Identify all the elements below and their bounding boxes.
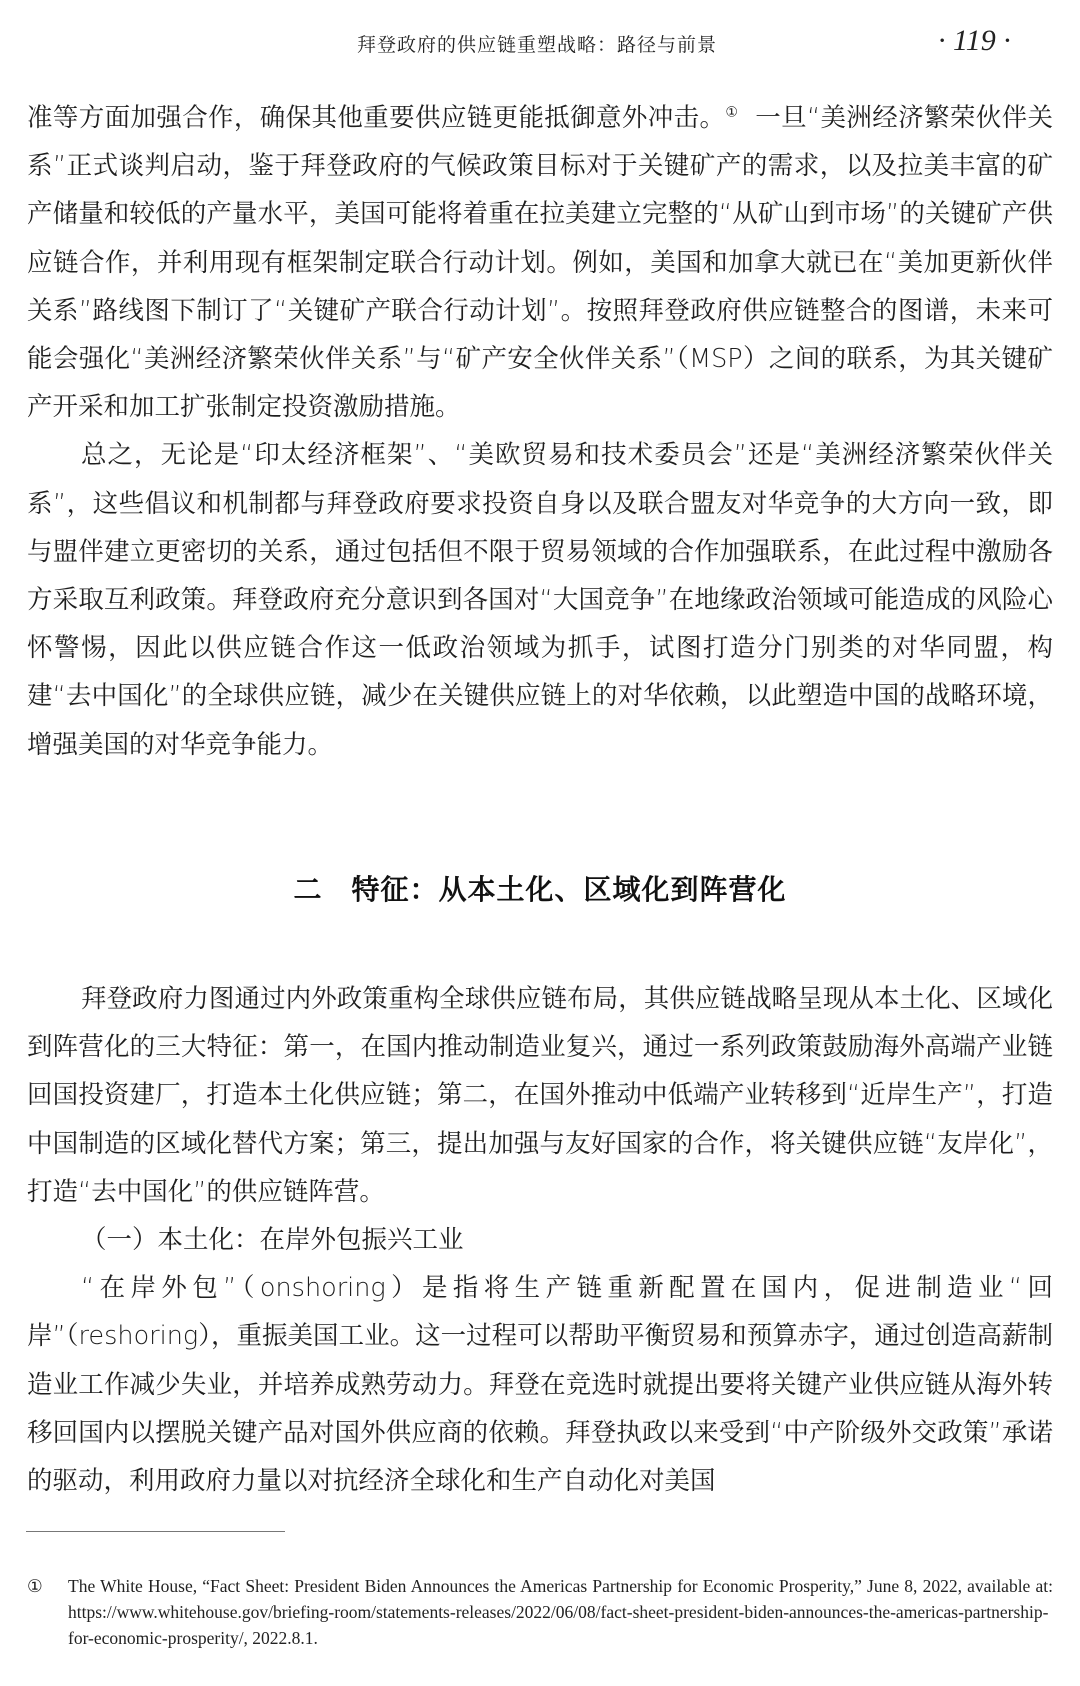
paragraph: 准等方面加强合作，确保其他重要供应链更能抵御意外冲击。① 一旦“美洲经济繁荣伙伴… xyxy=(27,94,1053,431)
paragraph: 总之，无论是“印太经济框架”、“美欧贸易和技术委员会”还是“美洲经济繁荣伙伴关系… xyxy=(27,431,1053,768)
paragraph: “在岸外包”（onshoring）是指将生产链重新配置在国内，促进制造业“回岸”… xyxy=(27,1264,1053,1505)
footnote-divider xyxy=(26,1531,285,1532)
footnote-ref[interactable]: ① xyxy=(725,105,738,121)
subsection-heading: （一）本土化：在岸外包振兴工业 xyxy=(27,1216,1053,1264)
footnote-mark: ① xyxy=(27,1573,43,1599)
section-1-body: 准等方面加强合作，确保其他重要供应链更能抵御意外冲击。① 一旦“美洲经济繁荣伙伴… xyxy=(27,94,1053,769)
paragraph: 拜登政府力图通过内外政策重构全球供应链布局，其供应链战略呈现从本土化、区域化到阵… xyxy=(27,975,1053,1216)
page-header: 拜登政府的供应链重塑战略：路径与前景 · 119 · xyxy=(0,26,1080,66)
footnote-text: The White House, “Fact Sheet: President … xyxy=(68,1573,1053,1651)
footnote: ① The White House, “Fact Sheet: Presiden… xyxy=(27,1573,1053,1651)
section-heading: 二 特征：从本土化、区域化到阵营化 xyxy=(0,868,1080,908)
page-number: · 119 · xyxy=(938,24,1011,58)
running-title: 拜登政府的供应链重塑战略：路径与前景 xyxy=(357,30,717,57)
section-2-body: 拜登政府力图通过内外政策重构全球供应链布局，其供应链战略呈现从本土化、区域化到阵… xyxy=(27,975,1053,1505)
